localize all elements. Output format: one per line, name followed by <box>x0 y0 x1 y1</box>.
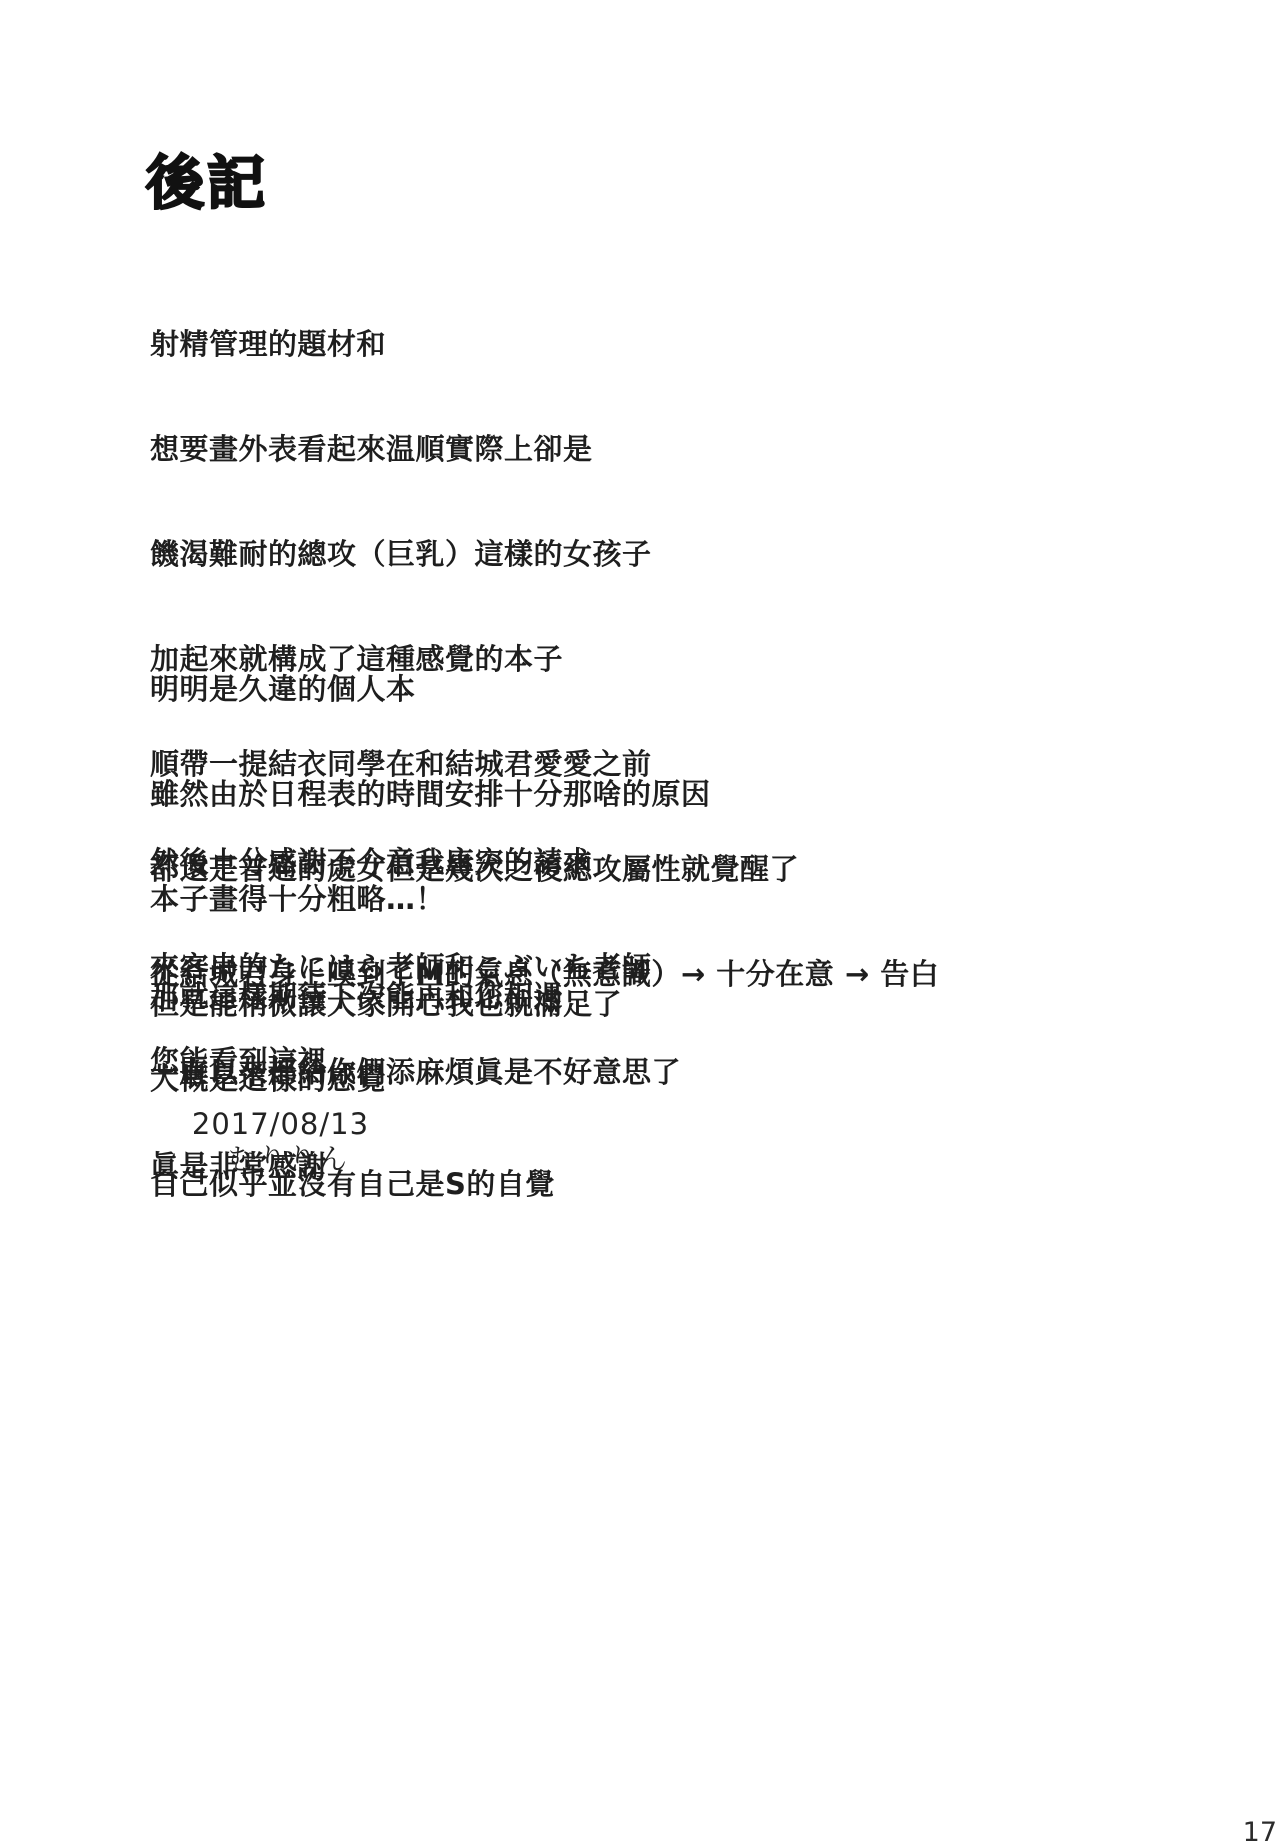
page-number: 17 <box>1243 1818 1277 1847</box>
text-line: 射精管理的題材和 <box>150 327 939 362</box>
text-line: 明明是久違的個人本 <box>150 672 711 707</box>
text-line: 饑渴難耐的總攻（巨乳）這樣的女孩子 <box>150 537 939 572</box>
signature-line: 2017/08/13 むりりん <box>151 1072 369 1212</box>
text-line: 想要畫外表看起來温順實際上卻是 <box>150 432 939 467</box>
page-title: 後記 <box>146 152 268 216</box>
author-name: むりりん <box>228 1142 348 1176</box>
afterword-page: 後記 射精管理的題材和 想要畫外表看起來温順實際上卻是 饑渴難耐的總攻（巨乳）這… <box>0 0 1280 1847</box>
date-text: 2017/08/13 <box>192 1107 369 1141</box>
text-line: 然後十分感謝不介意我唐突的請求 <box>150 845 681 880</box>
